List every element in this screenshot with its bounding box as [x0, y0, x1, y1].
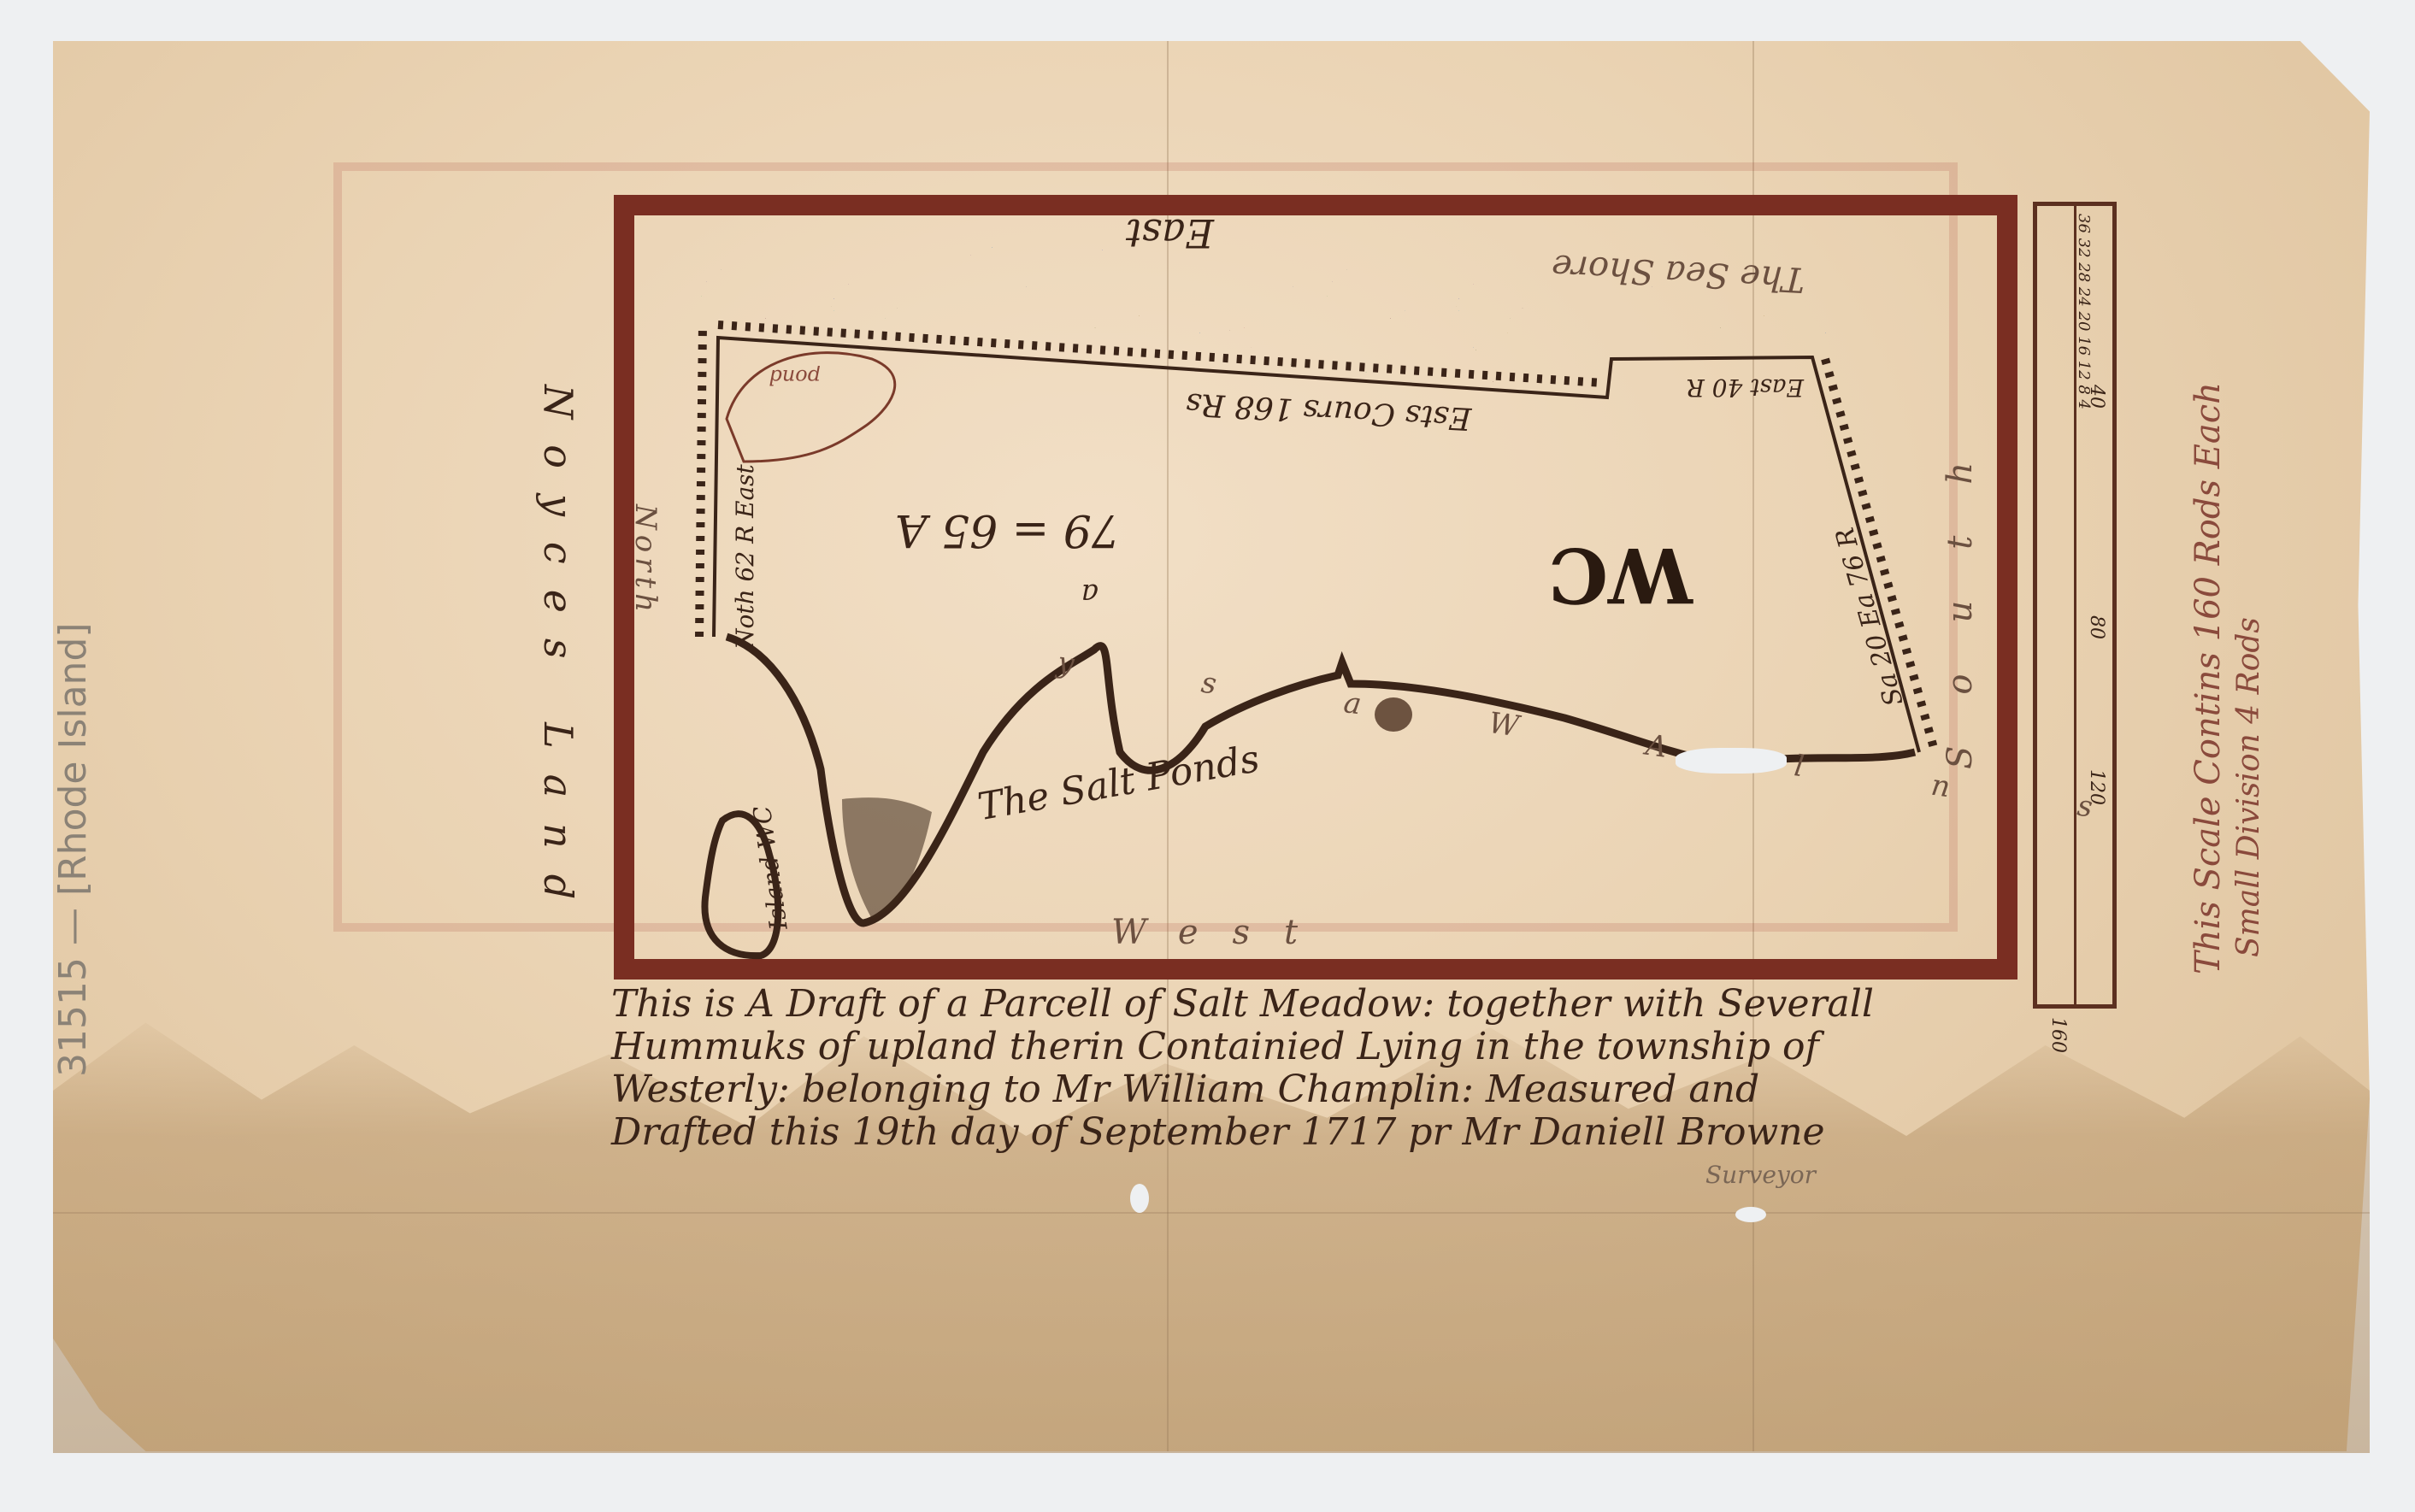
label-north: North: [628, 504, 663, 617]
scale-mark-160: 160: [2047, 1017, 2069, 1053]
label-south: South: [1941, 411, 1980, 769]
label-east-short: East 40 R: [1687, 374, 1804, 402]
scale-column-left: [2037, 206, 2076, 1004]
label-east: East: [1126, 210, 1214, 256]
scale-mark-40: 40: [2086, 385, 2107, 409]
label-owner-initials: WC: [1548, 531, 1693, 620]
catalog-number: 31515 — [Rhode Island]: [51, 622, 95, 1077]
paper-hole: [1130, 1184, 1149, 1213]
caption-line-3: Westerly: belonging to Mr William Champl…: [611, 1068, 2022, 1111]
caption-line-2: Hummuks of upland therin Containied Lyin…: [611, 1026, 2022, 1068]
label-noyces-land: Noyces Land: [535, 385, 581, 925]
scale-note-line2: Small Division 4 Rods: [2231, 617, 2266, 957]
caption-line-4: Drafted this 19th day of September 1717 …: [611, 1111, 2022, 1154]
label-west: West: [1111, 913, 1332, 952]
scale-mark-120: 120: [2086, 769, 2107, 805]
marsh-tufts: [842, 797, 932, 919]
label-area: 79 = 65 A: [895, 504, 1120, 556]
paper-hole: [1676, 748, 1787, 774]
scale-note-line1: This Scale Contins 160 Rods Each: [2188, 382, 2228, 974]
scale-header-ticks: 36 32 28 24 20 16 12 8 4: [2075, 214, 2093, 409]
scale-mark-80: 80: [2086, 615, 2107, 639]
label-left-course: Noth 62 R East: [731, 464, 759, 650]
caption-line-1: This is A Draft of a Parcell of Salt Mea…: [611, 983, 2022, 1026]
survey-caption: This is A Draft of a Parcell of Salt Mea…: [611, 983, 2022, 1197]
paper-hole: [1735, 1207, 1766, 1222]
caption-signature: Surveyor: [611, 1154, 2022, 1197]
label-area-sub: a: [1081, 577, 1099, 611]
label-pond: pond: [769, 365, 821, 389]
